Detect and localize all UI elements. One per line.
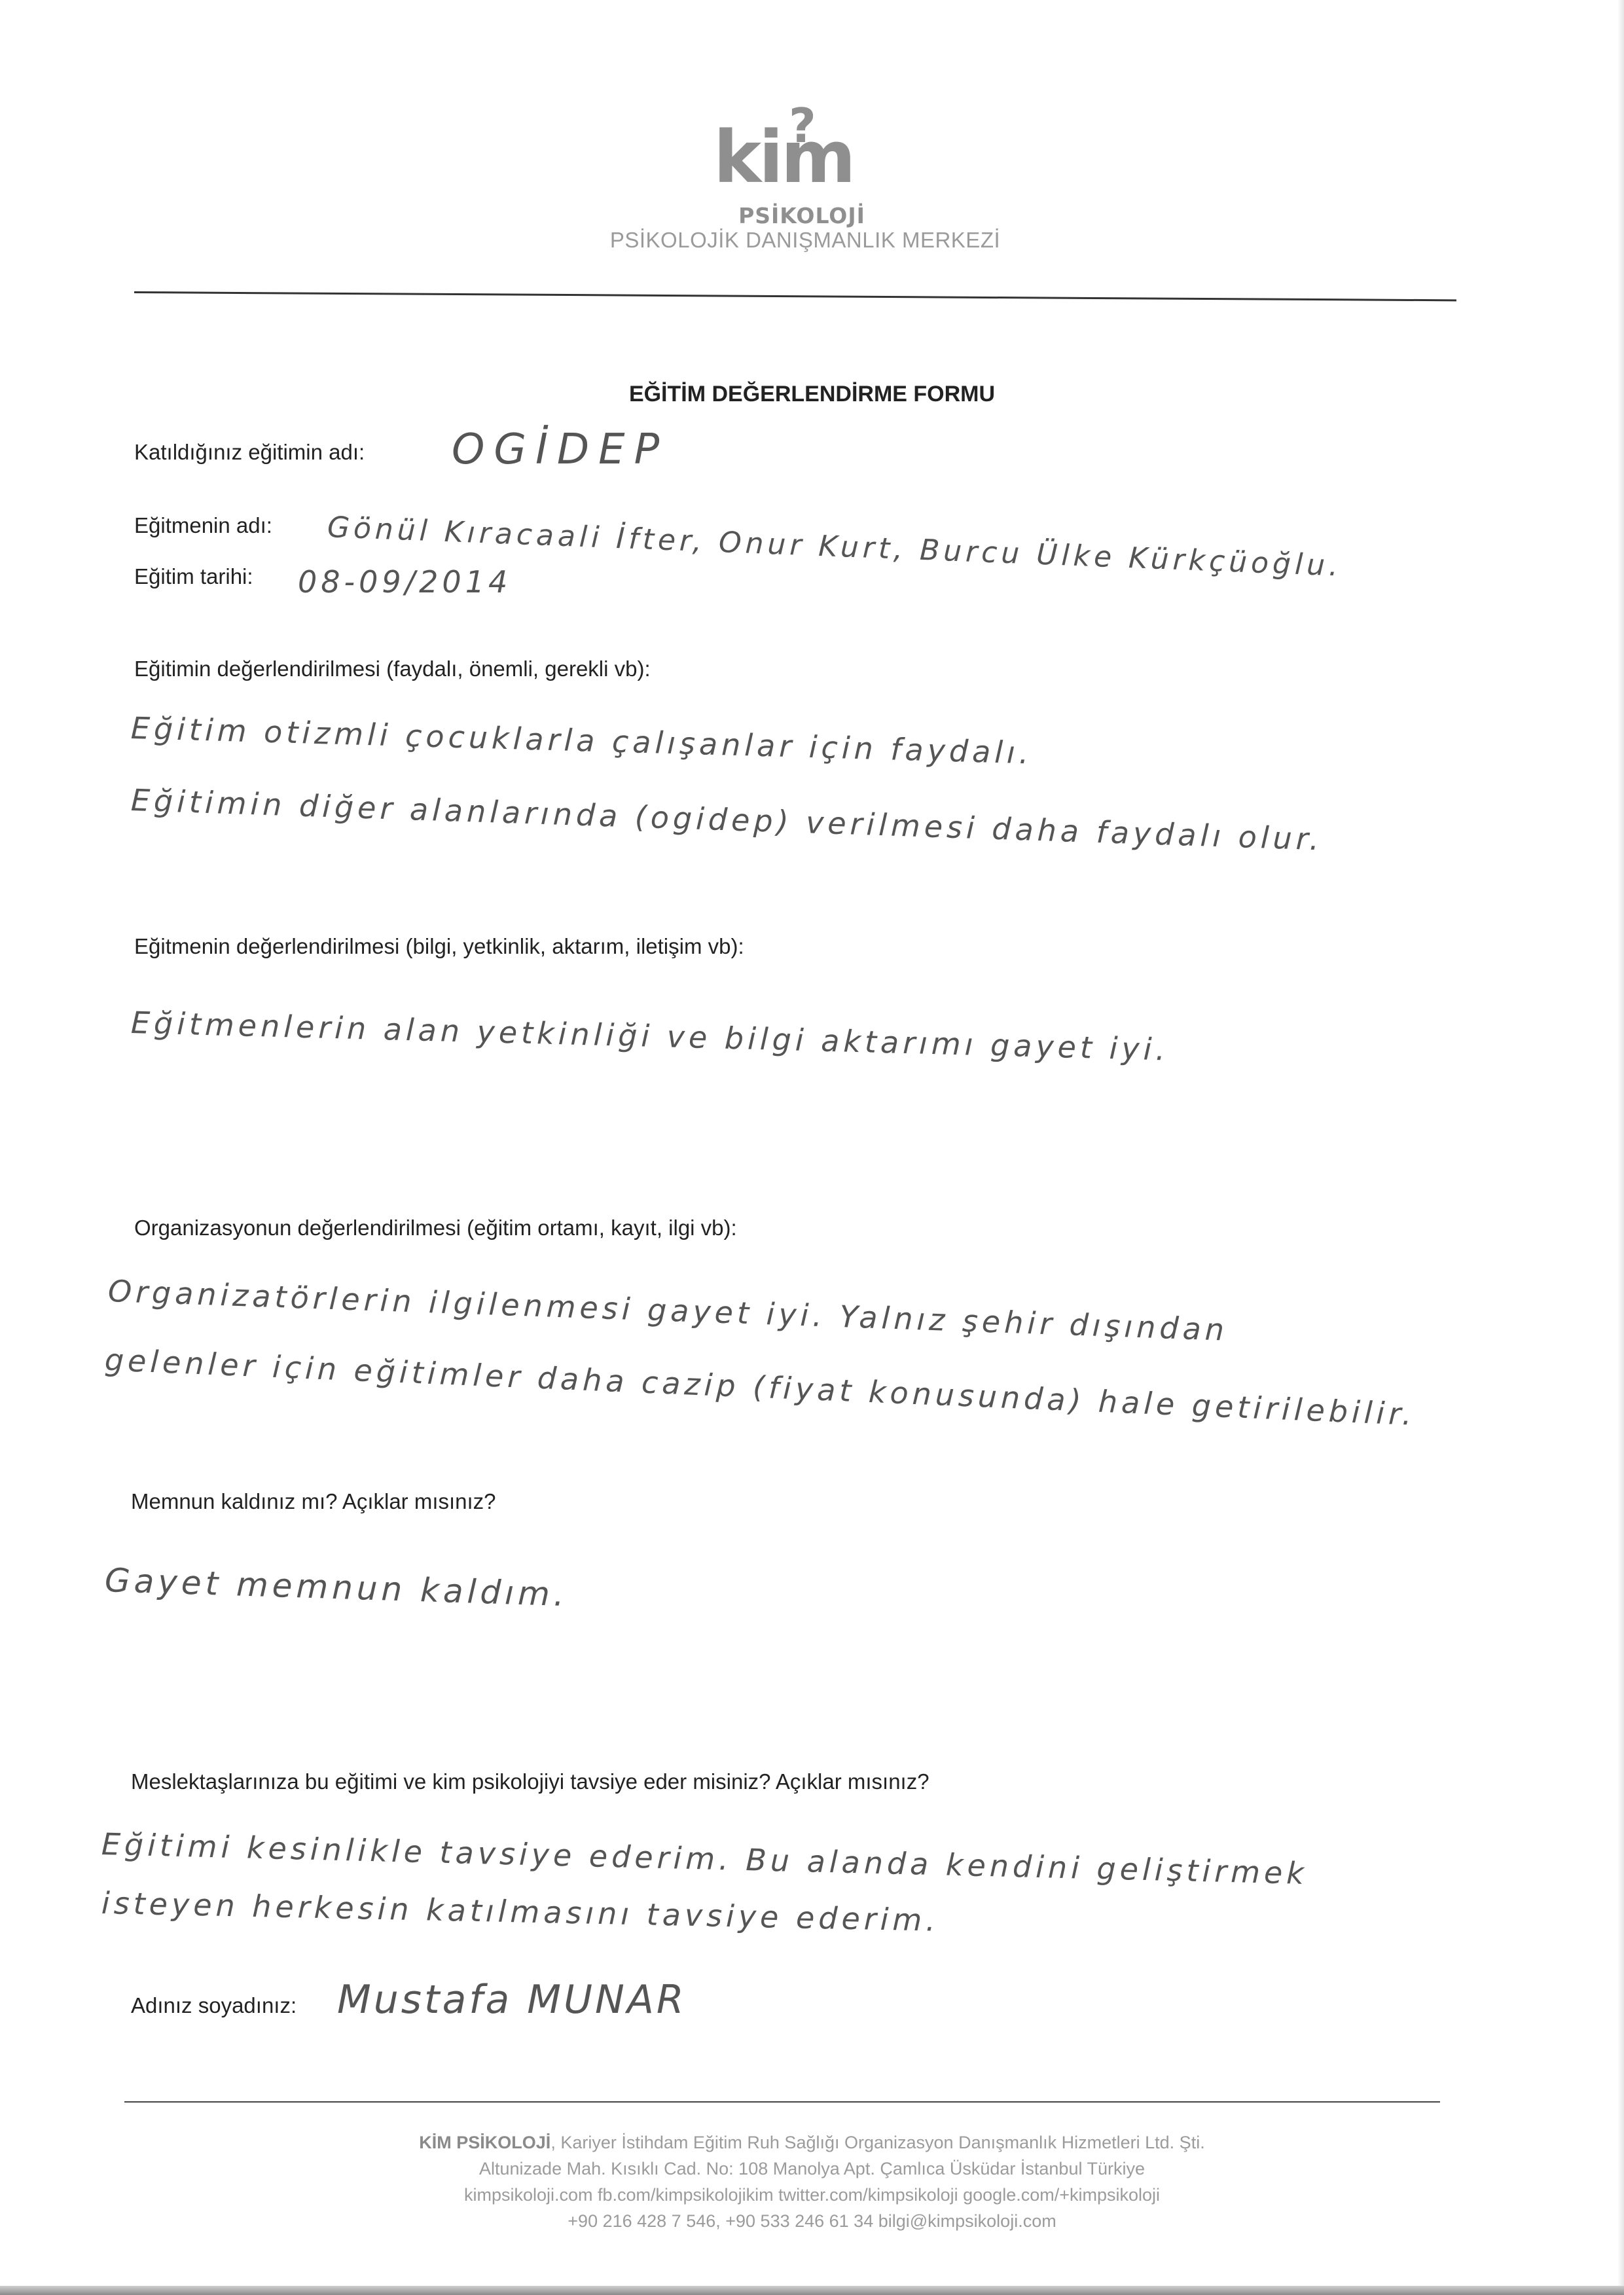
evaluation-form-page: kim ? PSİKOLOJİ PSİKOLOJİK DANIŞMANLIK M…: [0, 0, 1624, 2295]
question-mark-icon: ?: [789, 98, 816, 153]
answer-line: Eğitim otizmli çocuklarla çalışanlar içi…: [130, 710, 1033, 770]
scan-edge-right: [1617, 0, 1624, 2295]
answer-line: isteyen herkesin katılmasını tavsiye ede…: [101, 1885, 939, 1938]
logo-tagline: PSİKOLOJİK DANIŞMANLIK MERKEZİ: [576, 228, 1034, 253]
company-logo: kim ? PSİKOLOJİ: [681, 115, 943, 228]
training-name-label: Katıldığınız eğitimin adı:: [134, 440, 365, 465]
footer-links: kimpsikoloji.com fb.com/kimpsikolojikim …: [0, 2185, 1624, 2205]
answer-line: Eğitimin diğer alanlarında (ogidep) veri…: [130, 782, 1324, 857]
question-organization-evaluation: Organizasyonun değerlendirilmesi (eğitim…: [134, 1216, 737, 1240]
question-recommendation: Meslektaşlarınıza bu eğitimi ve kim psik…: [131, 1769, 929, 1794]
logo-subtitle: PSİKOLOJİ: [661, 203, 943, 228]
name-value: Mustafa MUNAR: [337, 1977, 687, 2023]
form-title: EĞİTİM DEĞERLENDİRME FORMU: [0, 382, 1624, 407]
question-trainer-evaluation: Eğitmenin değerlendirilmesi (bilgi, yetk…: [134, 934, 744, 959]
footer-contact: +90 216 428 7 546, +90 533 246 61 34 bil…: [0, 2211, 1624, 2232]
logo-mark: kim ?: [681, 115, 943, 190]
answer-line: Eğitmenlerin alan yetkinliği ve bilgi ak…: [130, 1005, 1169, 1068]
training-name-value: OGİDEP: [452, 425, 668, 474]
answer-line: Eğitimi kesinlikle tavsiye ederim. Bu al…: [101, 1826, 1308, 1891]
footer-address: Altunizade Mah. Kısıklı Cad. No: 108 Man…: [0, 2159, 1624, 2179]
scan-edge-bottom: [0, 2286, 1624, 2295]
training-date-value: 08-09/2014: [298, 564, 511, 600]
answer-line: Organizatörlerin ilgilenmesi gayet iyi. …: [107, 1273, 1229, 1348]
question-training-evaluation: Eğitimin değerlendirilmesi (faydalı, öne…: [134, 657, 651, 681]
footer-brand: KİM PSİKOLOJİ: [419, 2133, 550, 2152]
answer-line: gelenler için eğitimler daha cazip (fiya…: [104, 1342, 1416, 1432]
footer-company: KİM PSİKOLOJİ, Kariyer İstihdam Eğitim R…: [0, 2133, 1624, 2153]
question-satisfaction: Memnun kaldınız mı? Açıklar mısınız?: [131, 1489, 496, 1514]
footer-divider: [124, 2101, 1440, 2103]
trainer-name-label: Eğitmenin adı:: [134, 513, 272, 538]
logo-word: kim: [713, 121, 853, 193]
answer-line: Gayet memnun kaldım.: [104, 1561, 569, 1614]
training-date-label: Eğitim tarihi:: [134, 564, 253, 589]
footer-company-name: , Kariyer İstihdam Eğitim Ruh Sağlığı Or…: [550, 2133, 1204, 2152]
name-label: Adınız soyadınız:: [131, 1993, 297, 2018]
header-divider: [134, 291, 1456, 301]
